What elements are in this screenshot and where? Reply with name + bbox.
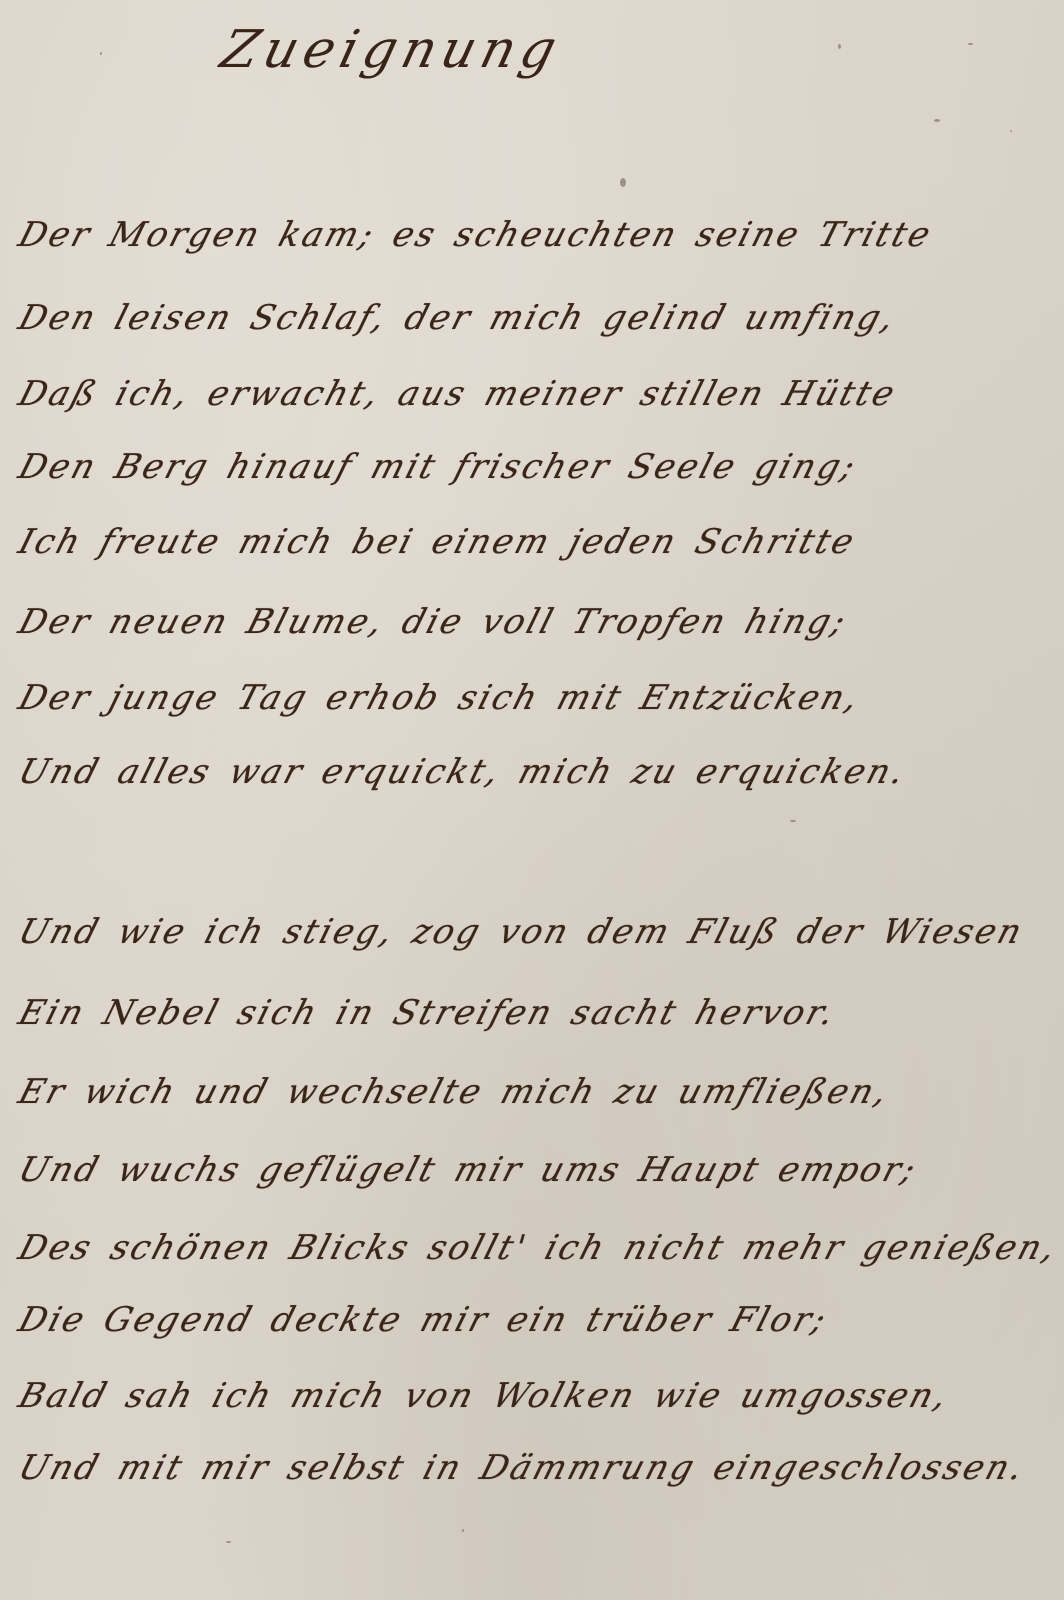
paper-speck	[968, 43, 973, 45]
paper-speck	[226, 1541, 231, 1543]
paper-speck	[934, 119, 940, 122]
verse-line: Der Morgen kam; es scheuchten seine Trit…	[14, 215, 937, 255]
verse-line: Bald sah ich mich von Wolken wie umgosse…	[14, 1376, 954, 1416]
verse-line: Und mit mir selbst in Dämmrung eingeschl…	[14, 1448, 1030, 1488]
manuscript-page: Zueignung Der Morgen kam; es scheuchten …	[0, 0, 1064, 1600]
verse-line: Des schönen Blicks sollt' ich nicht mehr…	[14, 1228, 1062, 1268]
verse-line: Daß ich, erwacht, aus meiner stillen Hüt…	[14, 374, 901, 414]
verse-line: Und wuchs geflügelt mir ums Haupt empor;	[14, 1150, 922, 1190]
paper-speck	[462, 1529, 464, 1532]
verse-line: Und alles war erquickt, mich zu erquicke…	[14, 752, 911, 792]
poem-title: Zueignung	[215, 20, 568, 80]
verse-line: Die Gegend deckte mir ein trüber Flor;	[14, 1300, 833, 1340]
verse-line: Ein Nebel sich in Streifen sacht hervor.	[14, 993, 841, 1033]
paper-speck	[1010, 130, 1012, 132]
verse-line: Der neuen Blume, die voll Tropfen hing;	[14, 602, 852, 642]
verse-line: Den leisen Schlaf, der mich gelind umfin…	[14, 298, 901, 338]
verse-line: Ich freute mich bei einem jeden Schritte	[14, 522, 861, 562]
paper-speck	[790, 820, 796, 822]
paper-speck	[620, 178, 626, 187]
verse-line: Und wie ich stieg, zog von dem Fluß der …	[14, 912, 1029, 952]
verse-line: Der junge Tag erhob sich mit Entzücken,	[14, 678, 865, 718]
paper-speck	[100, 52, 102, 55]
paper-speck	[838, 44, 841, 49]
verse-line: Er wich und wechselte mich zu umfließen,	[14, 1072, 894, 1112]
verse-line: Den Berg hinauf mit frischer Seele ging;	[14, 447, 862, 487]
